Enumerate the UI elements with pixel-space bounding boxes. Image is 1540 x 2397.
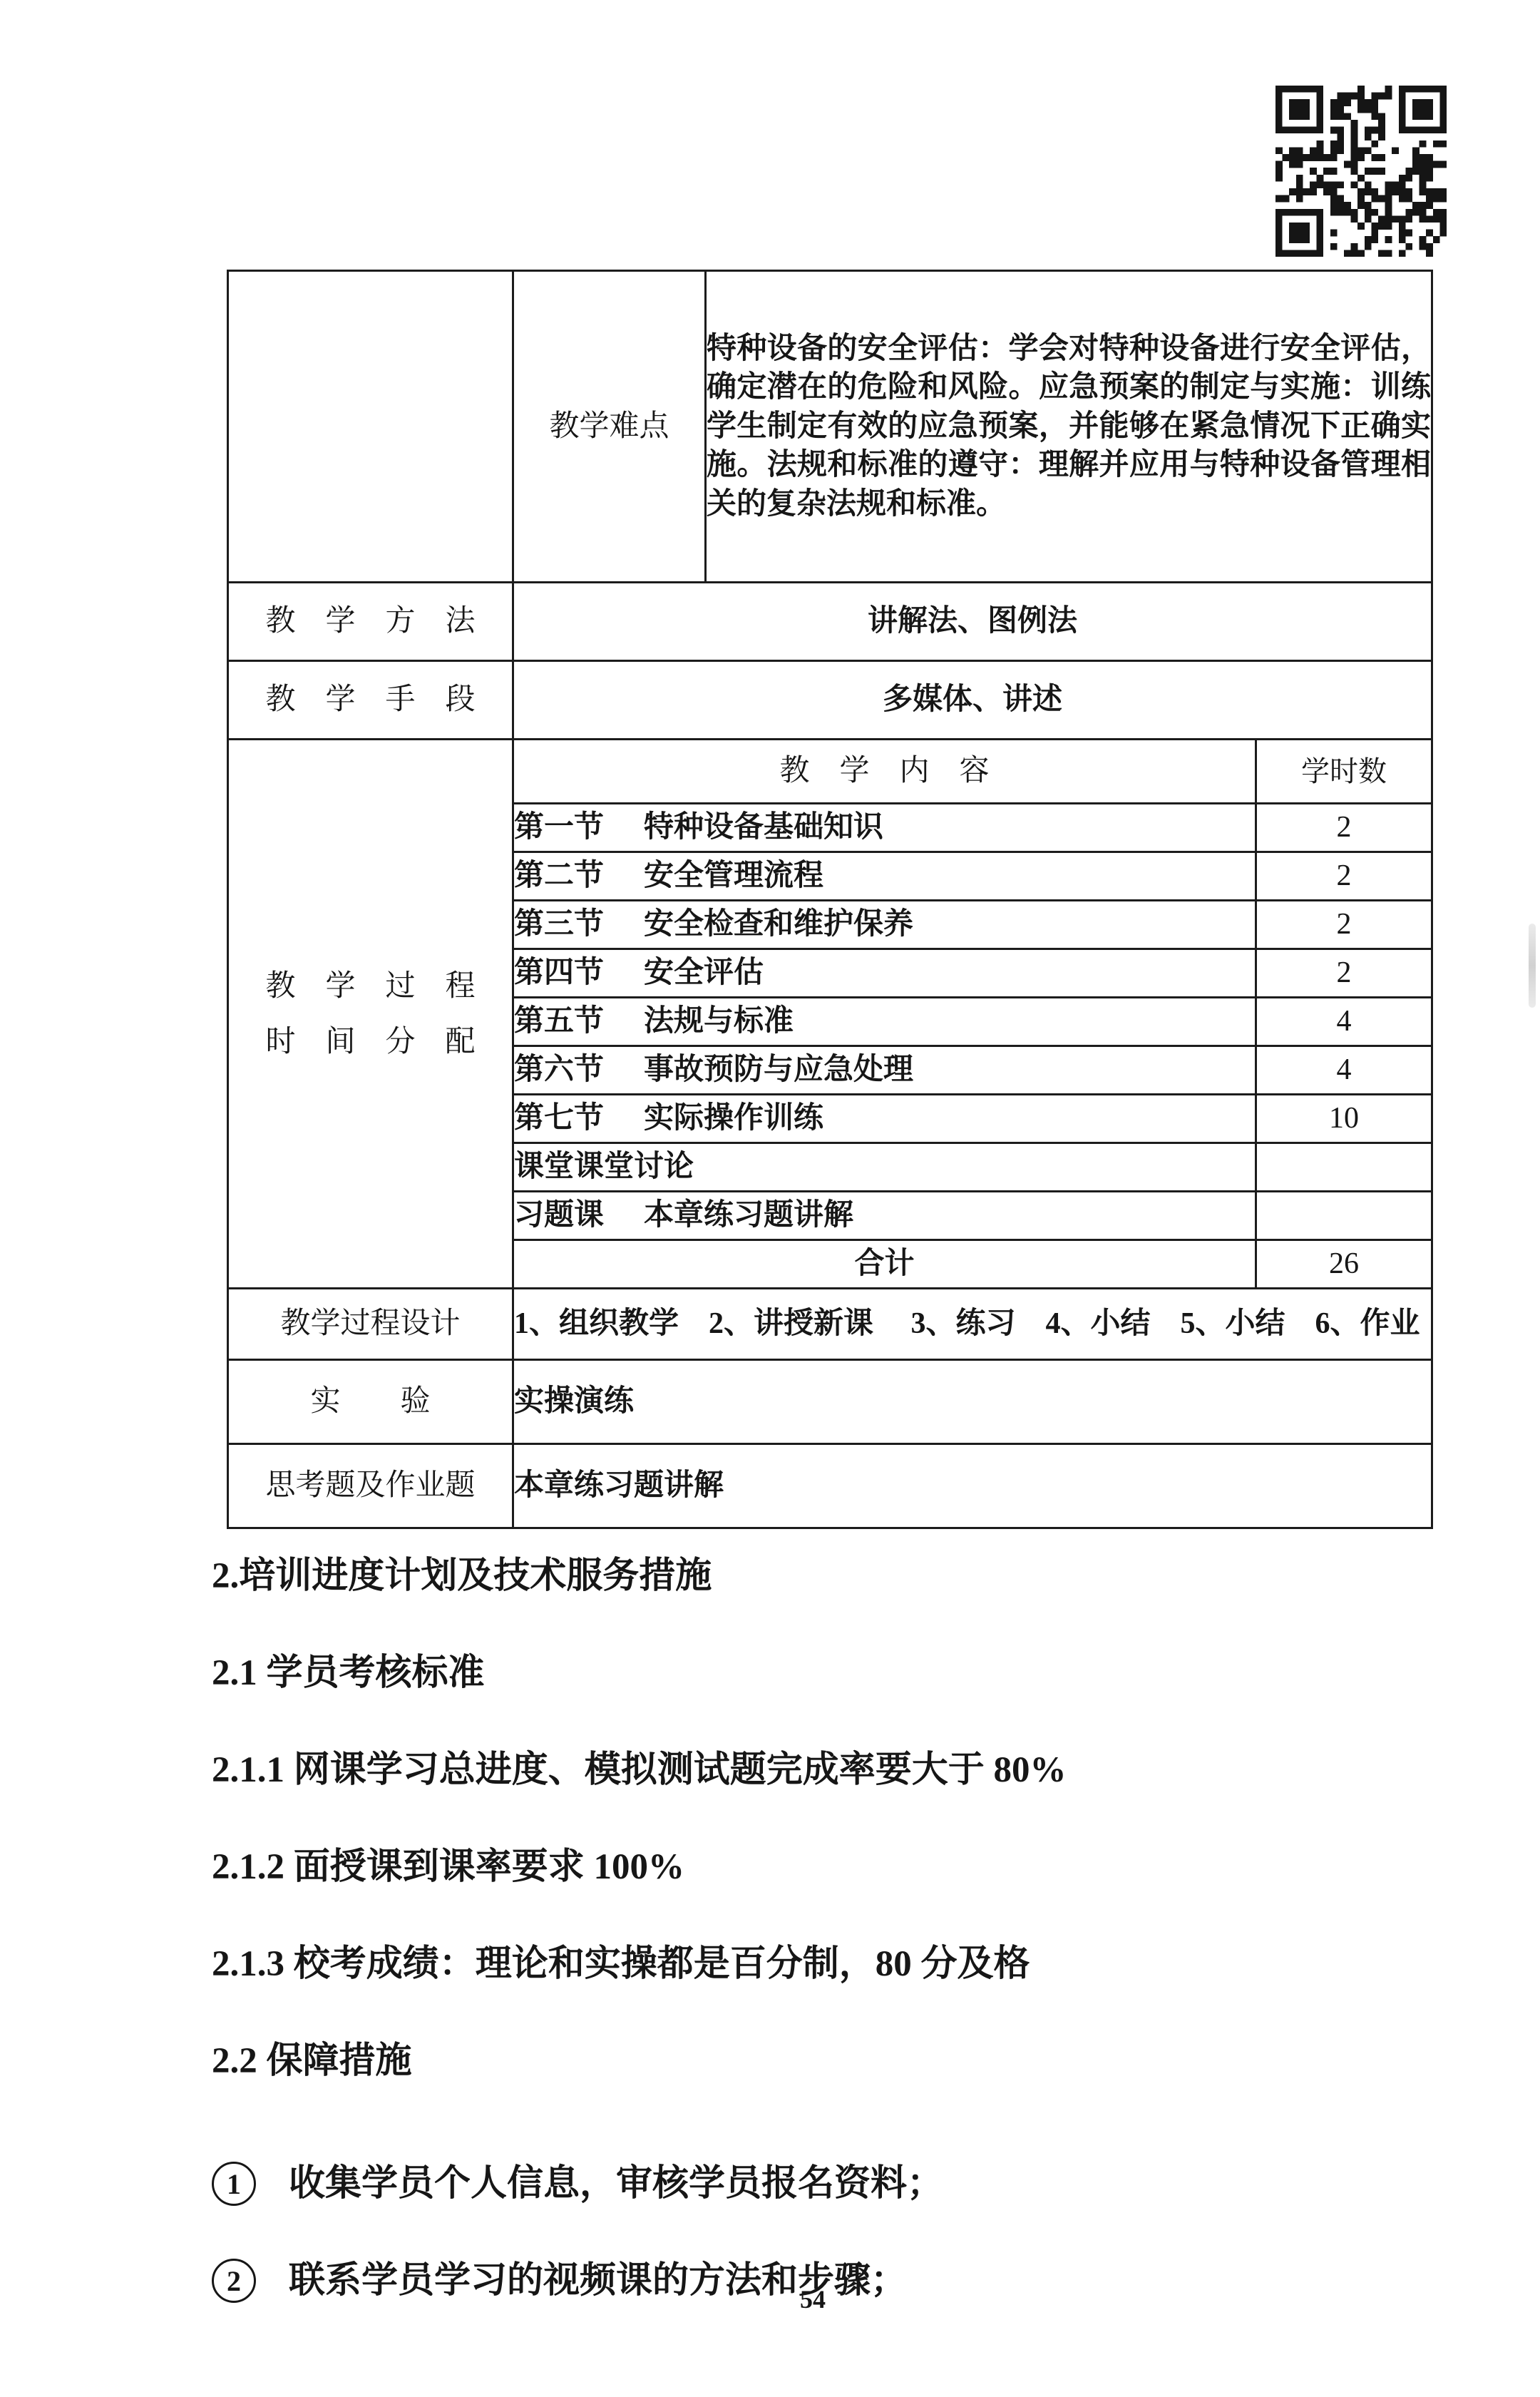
qr-code bbox=[1275, 74, 1447, 268]
scan-artifact bbox=[1529, 924, 1536, 1008]
bullet-text-1: 收集学员个人信息，审核学员报名资料； bbox=[289, 2161, 943, 2207]
table-row-homework: 思考题及作业题 本章练习题讲解 bbox=[228, 1444, 1432, 1528]
section-title: 本章练习题讲解 bbox=[644, 1199, 853, 1232]
table-row-difficulty: 教学难点 特种设备的安全评估：学会对特种设备进行安全评估，确定潜在的危险和风险。… bbox=[228, 271, 1432, 583]
table-row-means: 教 学 手 段 多媒体、讲述 bbox=[228, 661, 1432, 740]
section-title: 特种设备基础知识 bbox=[644, 811, 883, 844]
circled-number-1: 1 bbox=[212, 2162, 256, 2206]
section-heading-2-1-2: 2.1.2 面授课到课率要求 100% bbox=[212, 1844, 1452, 1941]
section-no: 习题课 bbox=[514, 1199, 604, 1232]
schedule-label: 教 学 过 程 时 间 分 配 bbox=[228, 740, 513, 1289]
table-row-experiment: 实 验 实操演练 bbox=[228, 1360, 1432, 1444]
page-number: 54 bbox=[0, 2284, 1540, 2314]
section-hours: 4 bbox=[1256, 1046, 1432, 1095]
section-heading-2-2: 2.2 保障措施 bbox=[212, 2038, 1452, 2135]
empty-cell bbox=[228, 271, 513, 583]
schedule-label-line1: 教 学 过 程 bbox=[229, 959, 512, 1014]
section-title: 安全检查和维护保养 bbox=[644, 908, 913, 941]
section-title: 实际操作训练 bbox=[644, 1102, 823, 1135]
section-no: 课堂课堂讨论 bbox=[514, 1150, 694, 1183]
homework-label: 思考题及作业题 bbox=[228, 1444, 513, 1528]
body-text: 2.培训进度计划及技术服务措施 2.1 学员考核标准 2.1.1 网课学习总进度… bbox=[212, 1553, 1452, 2329]
section-heading-2-1-3: 2.1.3 校考成绩：理论和实操都是百分制，80 分及格 bbox=[212, 1941, 1452, 2038]
section-no: 第四节 bbox=[514, 956, 604, 989]
homework-value: 本章练习题讲解 bbox=[513, 1444, 1432, 1528]
total-label: 合计 bbox=[513, 1240, 1256, 1289]
section-title: 安全评估 bbox=[644, 956, 764, 989]
experiment-label: 实 验 bbox=[228, 1360, 513, 1444]
section-hours: 10 bbox=[1256, 1095, 1432, 1143]
lesson-plan-table: 教学难点 特种设备的安全评估：学会对特种设备进行安全评估，确定潜在的危险和风险。… bbox=[227, 270, 1433, 1529]
section-heading-2-1-1: 2.1.1 网课学习总进度、模拟测试题完成率要大于 80% bbox=[212, 1747, 1452, 1844]
section-no: 第六节 bbox=[514, 1053, 604, 1086]
table-row-method: 教 学 方 法 讲解法、图例法 bbox=[228, 583, 1432, 661]
section-heading-2: 2.培训进度计划及技术服务措施 bbox=[212, 1553, 1452, 1650]
experiment-value: 实操演练 bbox=[513, 1360, 1432, 1444]
section-hours bbox=[1256, 1192, 1432, 1240]
section-hours: 2 bbox=[1256, 949, 1432, 998]
means-label: 教 学 手 段 bbox=[228, 661, 513, 740]
process-design-value: 1、组织教学 2、讲授新课 3、练习 4、小结 5、小结 6、作业 bbox=[513, 1289, 1432, 1360]
bullet-item-1: 1 收集学员个人信息，审核学员报名资料； bbox=[212, 2135, 1452, 2232]
section-no: 第五节 bbox=[514, 1005, 604, 1038]
section-no: 第七节 bbox=[514, 1102, 604, 1135]
section-hours: 2 bbox=[1256, 901, 1432, 949]
schedule-header-content: 教 学 内 容 bbox=[513, 740, 1256, 804]
section-heading-2-1: 2.1 学员考核标准 bbox=[212, 1650, 1452, 1747]
bullet-item-2: 2 联系学员学习的视频课的方法和步骤； bbox=[212, 2232, 1452, 2329]
process-design-label: 教学过程设计 bbox=[228, 1289, 513, 1360]
table-row-process-design: 教学过程设计 1、组织教学 2、讲授新课 3、练习 4、小结 5、小结 6、作业 bbox=[228, 1289, 1432, 1360]
section-hours: 4 bbox=[1256, 998, 1432, 1046]
section-title: 法规与标准 bbox=[644, 1005, 794, 1038]
section-no: 第一节 bbox=[514, 811, 604, 844]
section-hours: 2 bbox=[1256, 804, 1432, 852]
total-hours: 26 bbox=[1256, 1240, 1432, 1289]
schedule-label-line2: 时 间 分 配 bbox=[229, 1014, 512, 1070]
schedule-header-hours: 学时数 bbox=[1256, 740, 1432, 804]
section-hours: 2 bbox=[1256, 852, 1432, 901]
section-title: 事故预防与应急处理 bbox=[644, 1053, 913, 1086]
section-title: 安全管理流程 bbox=[644, 859, 823, 892]
section-no: 第二节 bbox=[514, 859, 604, 892]
method-value: 讲解法、图例法 bbox=[513, 583, 1432, 661]
means-value: 多媒体、讲述 bbox=[513, 661, 1432, 740]
difficulty-label: 教学难点 bbox=[513, 271, 706, 583]
method-label: 教 学 方 法 bbox=[228, 583, 513, 661]
schedule-header-row: 教 学 过 程 时 间 分 配 教 学 内 容 学时数 bbox=[228, 740, 1432, 804]
section-hours bbox=[1256, 1143, 1432, 1192]
section-no: 第三节 bbox=[514, 908, 604, 941]
difficulty-text: 特种设备的安全评估：学会对特种设备进行安全评估，确定潜在的危险和风险。应急预案的… bbox=[706, 271, 1432, 583]
